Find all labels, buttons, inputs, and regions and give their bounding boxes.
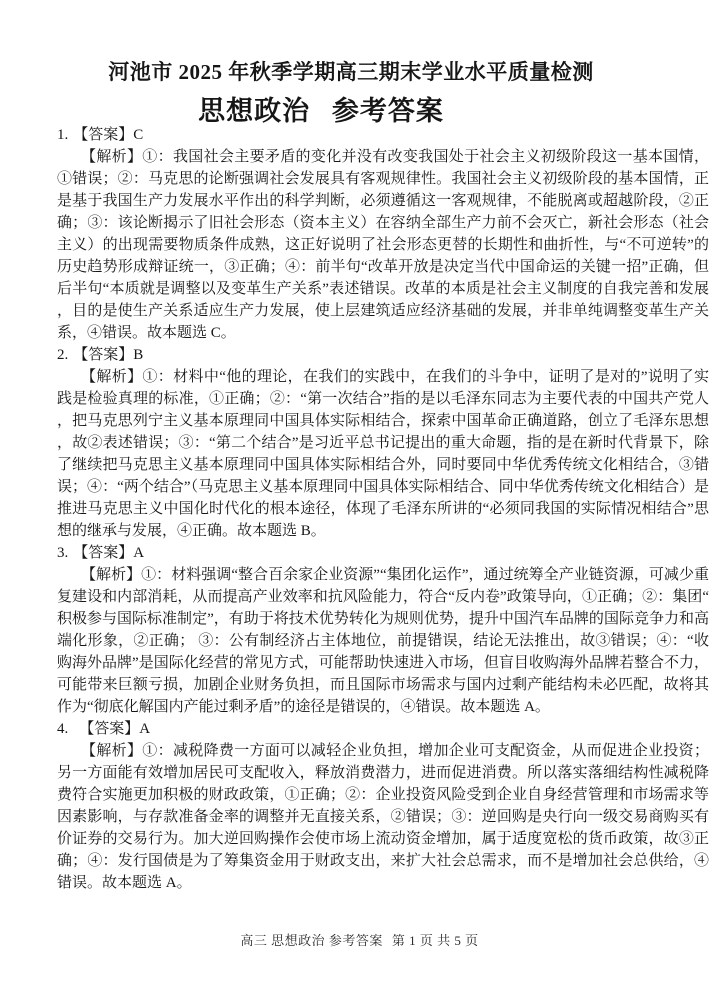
answer-line: 4.【答案】A	[57, 718, 709, 740]
answer-item-4: 4.【答案】A 【解析】①：减税降费一方面可以减轻企业负担，增加企业可支配资金，…	[57, 718, 709, 894]
question-number: 2.	[57, 347, 68, 363]
analysis-paragraph: 【解析】①：材料强调“整合百余家企业资源”“集团化运作”，通过统筹全产业链资源，…	[57, 564, 709, 718]
answers-list: 1.【答案】C 【解析】①：我国社会主要矛盾的变化并没有改变我国处于社会主义初级…	[57, 124, 709, 894]
answer-item-2: 2.【答案】B 【解析】①：材料中“他的理论，在我们的实践中，在我们的斗争中，证…	[57, 344, 709, 542]
question-number: 3.	[57, 545, 68, 561]
answer-line: 2.【答案】B	[57, 344, 709, 366]
answer-label: 【答案】C	[73, 127, 143, 143]
footer-page-number: 第 1 页 共 5 页	[392, 933, 479, 948]
answers-title: 思想政治 参考答案	[0, 89, 672, 128]
answer-label: 【答案】A	[79, 721, 150, 737]
footer-doc-label: 高三 思想政治 参考答案	[240, 933, 383, 948]
answer-key-page: 河池市 2025 年秋季学期高三期末学业水平质量检测 思想政治 参考答案 1.【…	[0, 0, 719, 983]
question-number: 4.	[57, 721, 68, 737]
analysis-paragraph: 【解析】①：材料中“他的理论，在我们的实践中，在我们的斗争中，证明了是对的”说明…	[57, 366, 709, 542]
answer-label: 【答案】B	[73, 347, 143, 363]
answer-item-3: 3.【答案】A 【解析】①：材料强调“整合百余家企业资源”“集团化运作”，通过统…	[57, 542, 709, 718]
answer-line: 3.【答案】A	[57, 542, 709, 564]
analysis-paragraph: 【解析】①：我国社会主要矛盾的变化并没有改变我国处于社会主义初级阶段这一基本国情…	[57, 146, 709, 344]
answer-label: 【答案】A	[73, 545, 144, 561]
document-header: 河池市 2025 年秋季学期高三期末学业水平质量检测 思想政治 参考答案	[0, 56, 702, 128]
analysis-paragraph: 【解析】①：减税降费一方面可以减轻企业负担，增加企业可支配资金，从而促进企业投资…	[57, 740, 709, 894]
page-footer: 高三 思想政治 参考答案第 1 页 共 5 页	[0, 930, 719, 949]
question-number: 1.	[57, 127, 68, 143]
answer-line: 1.【答案】C	[57, 124, 709, 146]
exam-title: 河池市 2025 年秋季学期高三期末学业水平质量检测	[0, 56, 702, 86]
answer-item-1: 1.【答案】C 【解析】①：我国社会主要矛盾的变化并没有改变我国处于社会主义初级…	[57, 124, 709, 344]
